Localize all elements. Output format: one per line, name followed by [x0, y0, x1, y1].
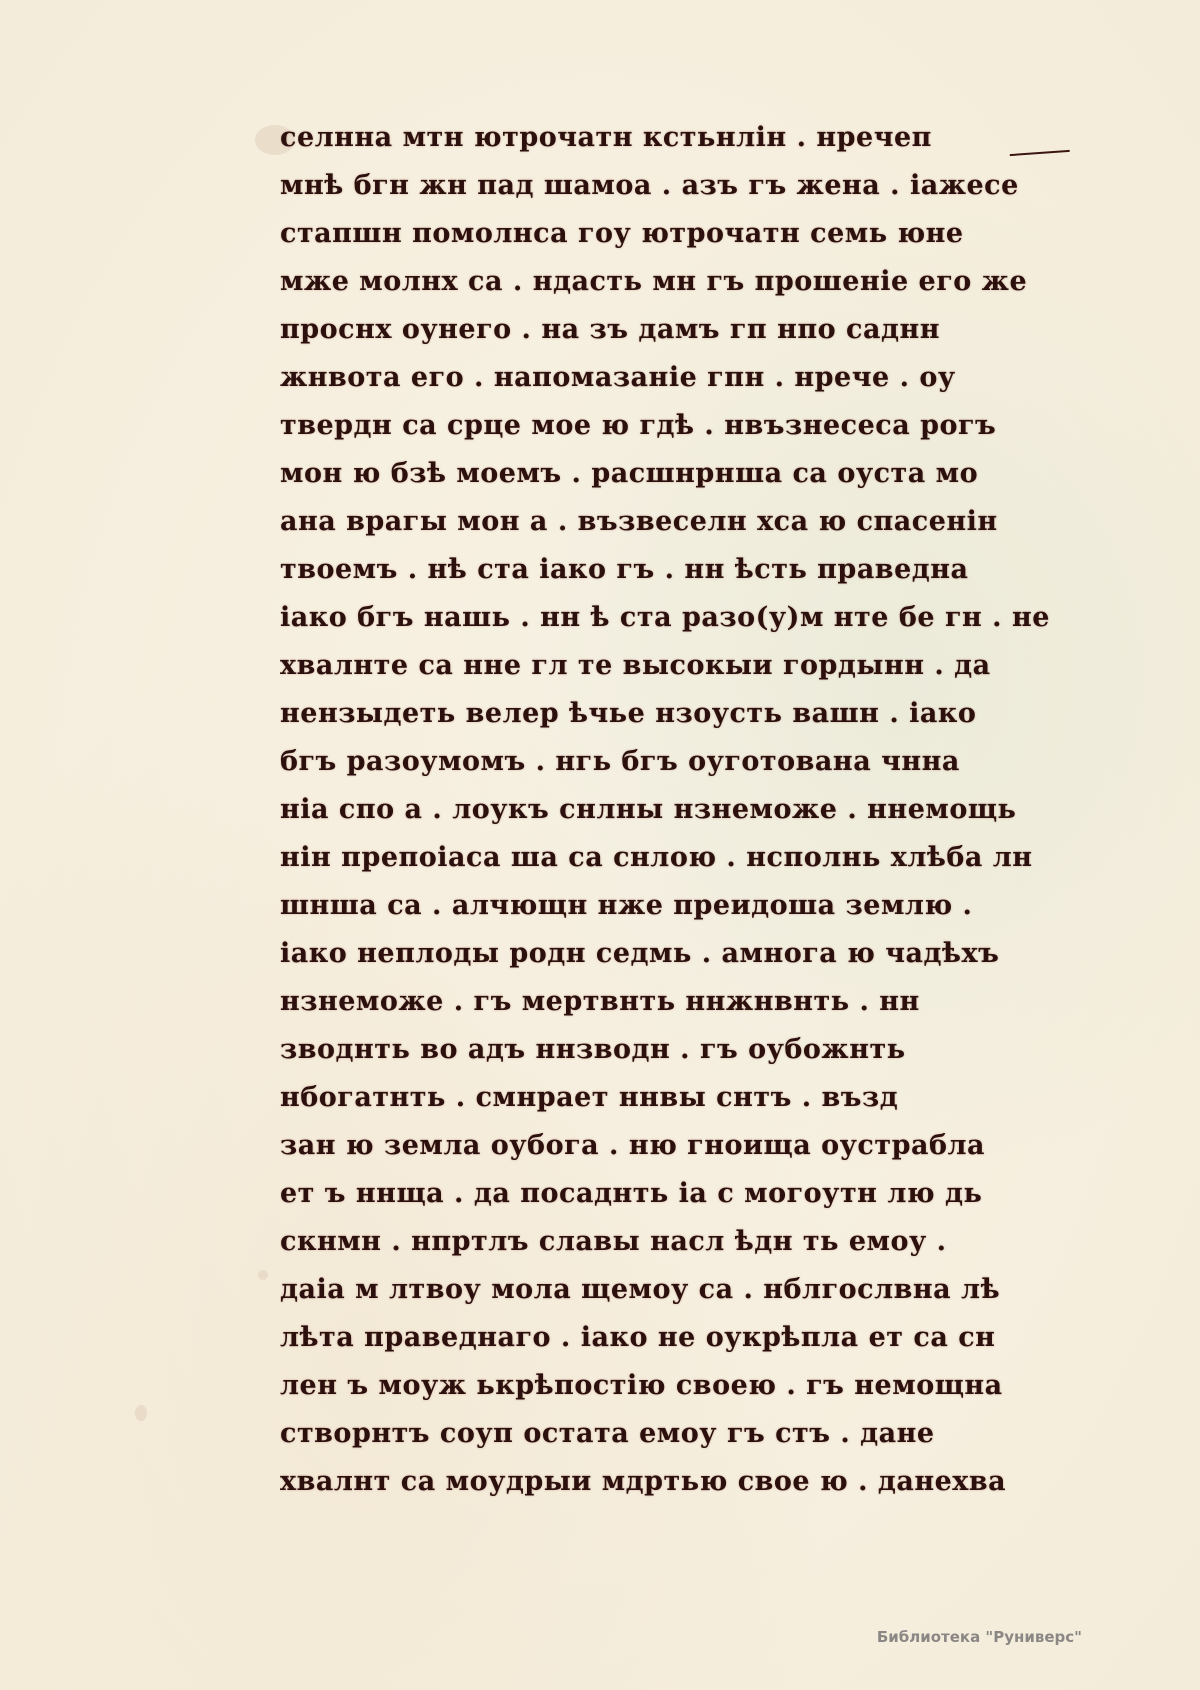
manuscript-line: мже молнх са . ндасть мн гъ прошеніе его… — [280, 262, 1070, 302]
manuscript-line: нбогатнть . смнрает ннвы снтъ . възд — [280, 1078, 1070, 1118]
manuscript-line: ана врагы мон а . възвеселн хса ю спасен… — [280, 502, 1070, 542]
manuscript-line: створнтъ соуп остата емоу гъ стъ . дане — [280, 1414, 1070, 1454]
ink-stain — [135, 1405, 147, 1421]
manuscript-line: мон ю бзѣ моемъ . расшнрнша са оуста мо — [280, 454, 1070, 494]
manuscript-line: ет ъ ннща . да посаднть іа с могоутн лю … — [280, 1174, 1070, 1214]
manuscript-line: іако неплоды родн седмь . амнога ю чадѣх… — [280, 934, 1070, 974]
manuscript-line: мнѣ бгн жн пад шамоа . азъ гъ жена . іаж… — [280, 166, 1070, 206]
manuscript-line: нін препоіаса ша са снлою . нсполнь хлѣб… — [280, 838, 1070, 878]
manuscript-line: селнна мтн ютрочатн кстьнлін . нречеп — [280, 118, 1070, 158]
manuscript-line: шнша са . алчющн нже преидоша землю . — [280, 886, 1070, 926]
manuscript-line: твердн са срце мое ю гдѣ . нвъзнесеса ро… — [280, 406, 1070, 446]
manuscript-page: селнна мтн ютрочатн кстьнлін . нречеп мн… — [0, 0, 1200, 1690]
manuscript-line: іако бгъ нашь . нн ѣ ста разо(у)м нте бе… — [280, 598, 1070, 638]
manuscript-line: хвалнт са моудрыи мдртью свое ю . данехв… — [280, 1462, 1070, 1502]
manuscript-line: твоемъ . нѣ ста іако гъ . нн ѣсть правед… — [280, 550, 1070, 590]
manuscript-line: зан ю земла оубога . ню гноища оустрабла — [280, 1126, 1070, 1166]
ink-stain — [258, 1270, 268, 1280]
manuscript-line: хвалнте са нне гл те высокыи гордынн . д… — [280, 646, 1070, 686]
manuscript-line: нензыдеть велер ѣчье нзоусть вашн . іако — [280, 694, 1070, 734]
manuscript-line: лѣта праведнаго . іако не оукрѣпла ет са… — [280, 1318, 1070, 1358]
manuscript-line: скнмн . нпртлъ славы насл ѣдн ть емоу . — [280, 1222, 1070, 1262]
manuscript-line: даіа м лтвоу мола щемоу са . нблгослвна … — [280, 1270, 1070, 1310]
manuscript-line: зводнть во адъ ннзводн . гъ оубожнть — [280, 1030, 1070, 1070]
manuscript-line: лен ъ моуж ькрѣпостію своею . гъ немощна — [280, 1366, 1070, 1406]
manuscript-line: жнвота его . напомазаніе гпн . нрече . о… — [280, 358, 1070, 398]
manuscript-line: бгъ разоумомъ . нгь бгъ оуготована чнна — [280, 742, 1070, 782]
library-watermark: Библиотека "Руниверс" — [877, 1628, 1082, 1646]
manuscript-line: нзнеможе . гъ мертвнть ннжнвнть . нн — [280, 982, 1070, 1022]
manuscript-line: проснх оунего . на зъ дамъ гп нпо саднн — [280, 310, 1070, 350]
manuscript-line: стапшн помолнса гоу ютрочатн семь юне — [280, 214, 1070, 254]
manuscript-line: ніа спо а . лоукъ снлны нзнеможе . ннемо… — [280, 790, 1070, 830]
